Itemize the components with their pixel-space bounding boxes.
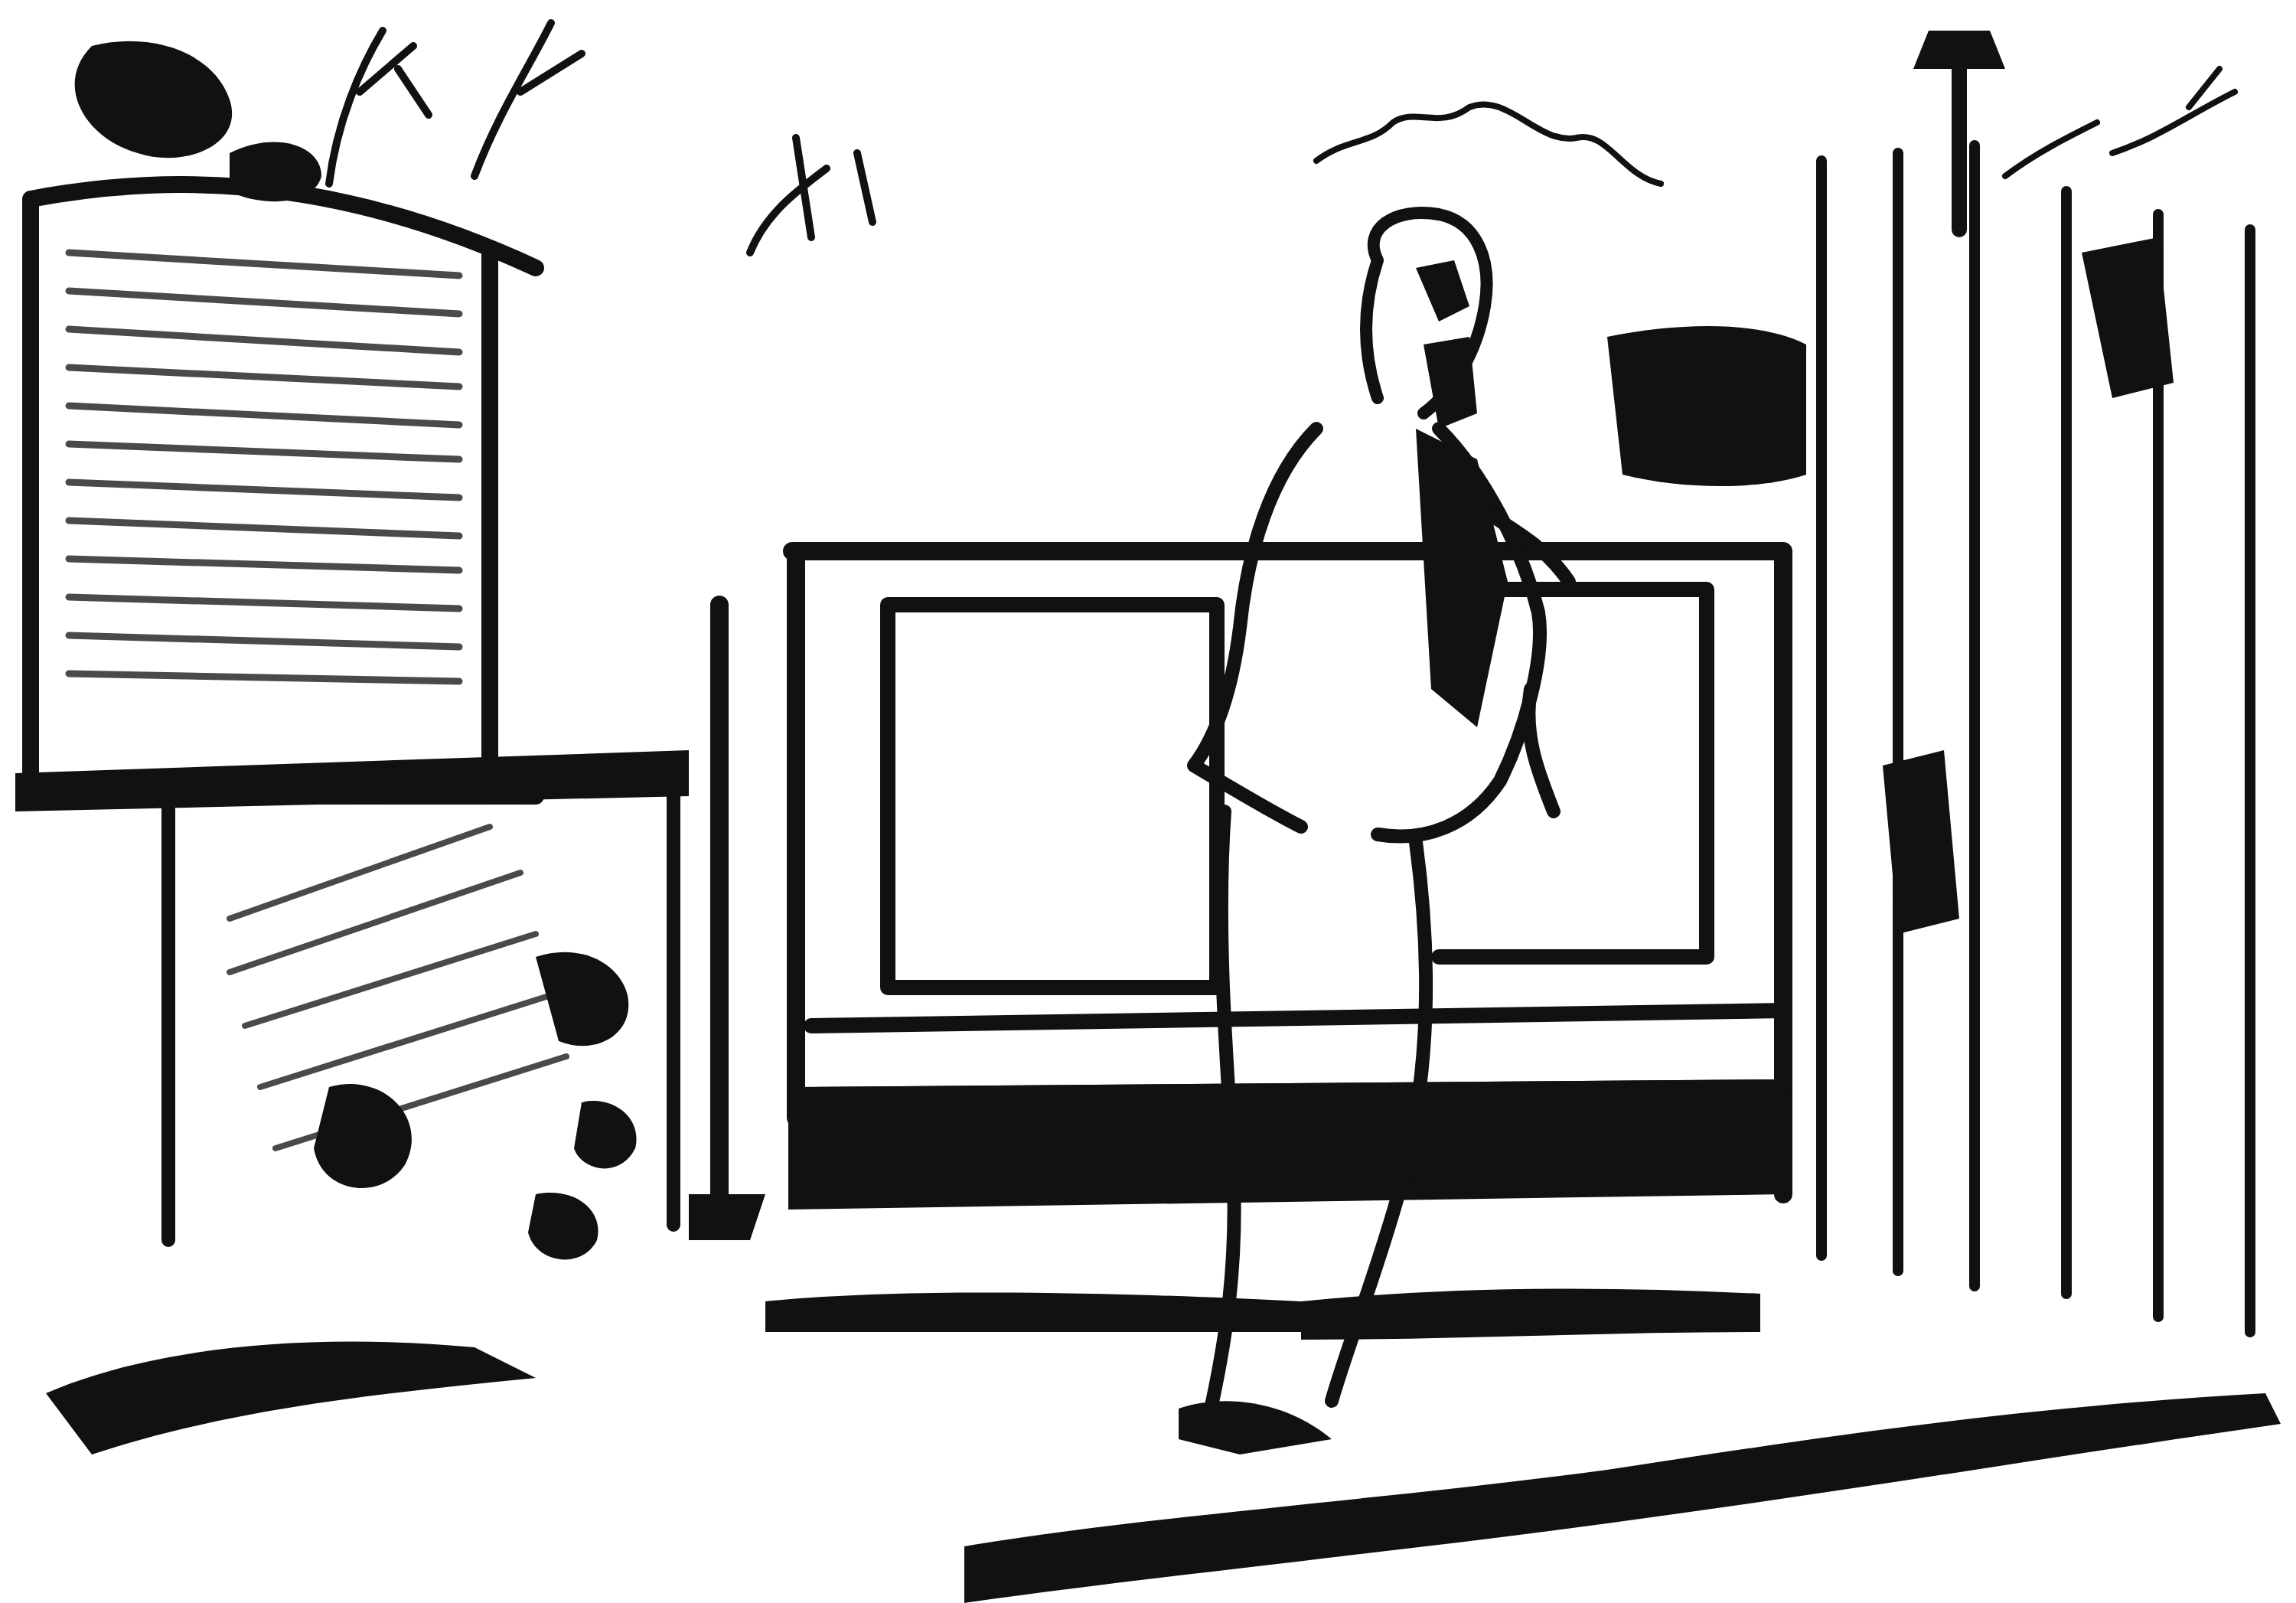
walking-figure	[1179, 213, 1569, 1454]
street-lamp	[1913, 31, 2005, 230]
chain-link-fence	[168, 781, 673, 1259]
ground-shadows	[46, 1288, 2281, 1603]
roller-shutter	[69, 253, 459, 681]
ink-sketch-artwork	[0, 0, 2296, 1603]
shed	[15, 184, 689, 811]
